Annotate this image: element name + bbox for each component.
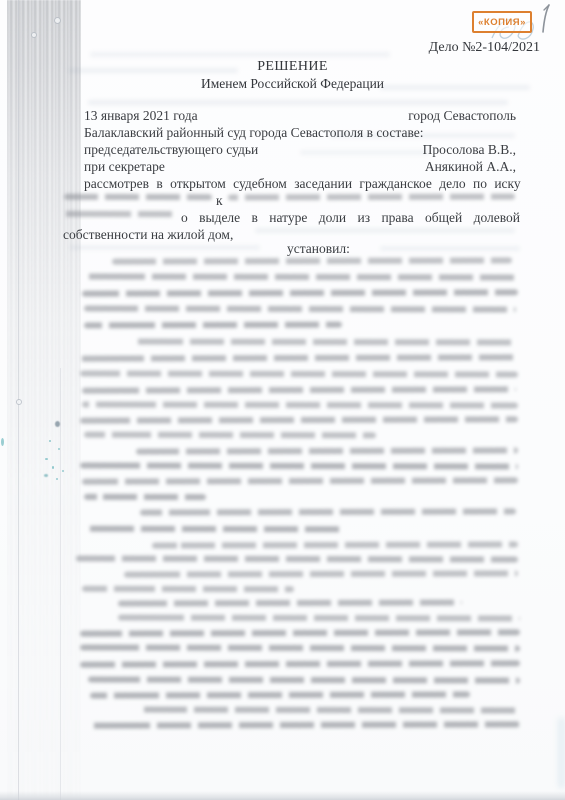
redacted-text-line [142, 707, 520, 714]
bleedthrough-ghost [255, 228, 515, 233]
judge-row: председательствующего судьи Просолова В.… [84, 142, 516, 158]
claim-line: о выделе в натуре доли из права общей до… [181, 210, 520, 226]
secretary-name: Анякиной А.А., [425, 159, 516, 175]
redacted-text-line [90, 691, 470, 698]
decision-subtitle: Именем Российской Федерации [20, 76, 565, 92]
redacted-text-line [80, 416, 518, 423]
redacted-text-line [84, 432, 376, 439]
ink-speckle [56, 478, 58, 480]
established-label: установил: [287, 241, 350, 257]
ink-speckle [44, 474, 48, 477]
redacted-text-line [88, 676, 520, 683]
redacted-text-line [84, 494, 206, 500]
considered-line: рассмотрев в открытом судебном заседании… [84, 176, 516, 192]
punch-hole [31, 32, 37, 38]
scanned-court-decision-page: «КОПИЯ» Дело №2-104/2021 РЕШЕНИЕ Именем … [0, 0, 565, 800]
redacted-text-line [88, 526, 344, 533]
redacted-text-line [64, 194, 212, 200]
redacted-text-line [118, 599, 462, 606]
redacted-text-line [80, 462, 518, 469]
handwritten-page-number [537, 3, 553, 35]
ink-speckle [55, 421, 60, 427]
redacted-text-line [82, 289, 518, 296]
copy-stamp-label: «КОПИЯ» [478, 17, 526, 28]
decision-title: РЕШЕНИЕ [20, 59, 565, 75]
date-city-row: 13 января 2021 года город Севастополь [84, 108, 516, 124]
redacted-text-line [152, 541, 518, 548]
redacted-text-line [82, 477, 518, 484]
bleedthrough-ghost [70, 245, 260, 250]
court-name-line: Балаклавский районный суд города Севасто… [84, 125, 423, 141]
judge-name: Просолова В.В., [423, 142, 516, 158]
redacted-text-line [84, 273, 516, 280]
redacted-text-line [136, 447, 518, 454]
copy-stamp: «КОПИЯ» [472, 11, 532, 33]
punch-hole [16, 399, 22, 405]
ink-speckle [1, 438, 4, 446]
punch-hole [54, 17, 61, 24]
case-number: Дело №2-104/2021 [0, 40, 540, 56]
redacted-text-line [80, 644, 520, 651]
redacted-text-line [82, 401, 518, 408]
decision-city: город Севастополь [408, 108, 516, 124]
scan-edge-smudge [558, 718, 565, 788]
redacted-text-line [76, 555, 518, 562]
ink-speckle [49, 440, 51, 442]
redacted-text-line [124, 570, 518, 577]
bleedthrough-ghost [88, 100, 508, 105]
redacted-text-line [112, 257, 512, 264]
decision-date: 13 января 2021 года [84, 108, 198, 124]
claim-tail-line: собственности на жилой дом, [63, 227, 233, 243]
redacted-text-line [82, 386, 516, 393]
parties-connector: к [216, 193, 223, 209]
secretary-label: при секретаре [84, 159, 165, 175]
redacted-text-line [80, 354, 518, 361]
redacted-text-line [118, 615, 520, 622]
ink-speckle [62, 470, 64, 472]
bleedthrough-ghost [380, 246, 520, 251]
redacted-text-line [228, 194, 515, 201]
ink-speckle [45, 458, 48, 460]
redacted-text-line [84, 305, 516, 312]
redacted-text-line [140, 508, 516, 515]
judge-label: председательствующего судьи [84, 142, 258, 158]
redacted-text-line [88, 721, 520, 728]
redacted-text-line [84, 322, 342, 329]
ink-speckle [52, 466, 54, 469]
ink-speckle [58, 448, 60, 450]
redacted-text-line [80, 660, 520, 667]
redacted-text-line [63, 211, 176, 217]
fold-line [60, 368, 61, 800]
redacted-text-line [82, 586, 294, 593]
secretary-row: при секретаре Анякиной А.А., [84, 159, 516, 175]
redacted-text-line [136, 339, 516, 346]
redacted-text-line [80, 370, 518, 377]
scan-bottom-edge-shadow [0, 791, 565, 800]
redacted-text-line [80, 629, 520, 636]
